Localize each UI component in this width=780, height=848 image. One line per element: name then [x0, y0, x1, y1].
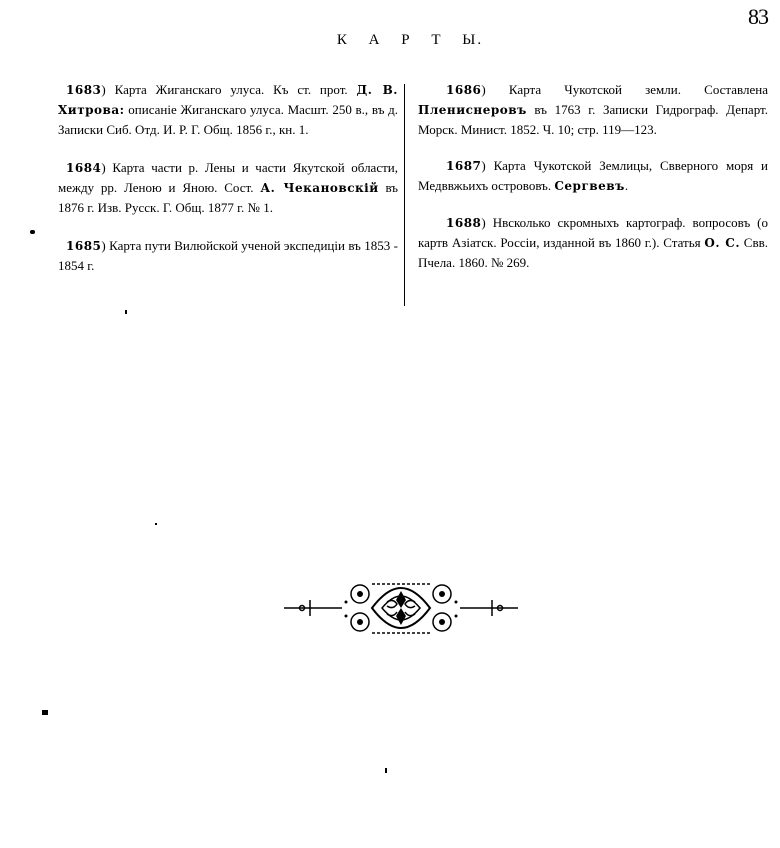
- entry-text: ) Карта Чукотской земли. Составлена: [481, 82, 768, 97]
- catalog-entry: 1688) Нвсколько скромныхъ картограф. воп…: [418, 213, 768, 272]
- right-column: 1686) Карта Чукотской земли. Составлена …: [418, 80, 768, 289]
- scan-speck: [125, 310, 127, 314]
- scan-speck: [42, 710, 48, 715]
- entry-number: 1686: [446, 83, 481, 97]
- scan-speck: [385, 768, 387, 773]
- entry-text: ) Карта Жиганскаго улуса. Къ ст. прот.: [101, 82, 356, 97]
- entry-number: 1685: [66, 239, 101, 253]
- entry-number: 1684: [66, 161, 101, 175]
- margin-mark: [30, 230, 35, 234]
- entry-text: ) Карта пути Вилюйской ученой экспедиціи…: [58, 238, 398, 273]
- catalog-entry: 1687) Карта Чукотской Землицы, Свверного…: [418, 156, 768, 196]
- catalog-entry: 1686) Карта Чукотской земли. Составлена …: [418, 80, 768, 139]
- column-divider: [404, 84, 405, 306]
- catalog-entry: 1685) Карта пути Вилюйской ученой экспед…: [58, 236, 398, 275]
- decorative-ornament-icon: [282, 578, 520, 638]
- section-title: К А Р Т Ы.: [0, 32, 780, 49]
- entry-author: О. С.: [704, 236, 740, 250]
- entry-number: 1687: [446, 159, 481, 173]
- entry-number: 1683: [66, 83, 101, 97]
- entry-author: Сергвевъ: [554, 179, 624, 193]
- page-number: 83: [748, 4, 768, 30]
- entry-text: .: [625, 178, 628, 193]
- catalog-entry: 1684) Карта части р. Лены и части Якутск…: [58, 158, 398, 217]
- scan-speck: [155, 523, 157, 525]
- entry-number: 1688: [446, 216, 481, 230]
- left-column: 1683) Карта Жиганскаго улуса. Къ ст. про…: [58, 80, 398, 294]
- catalog-entry: 1683) Карта Жиганскаго улуса. Къ ст. про…: [58, 80, 398, 139]
- entry-author: Плениснеровъ: [418, 103, 527, 117]
- entry-author: А. Чекановскій: [260, 181, 378, 195]
